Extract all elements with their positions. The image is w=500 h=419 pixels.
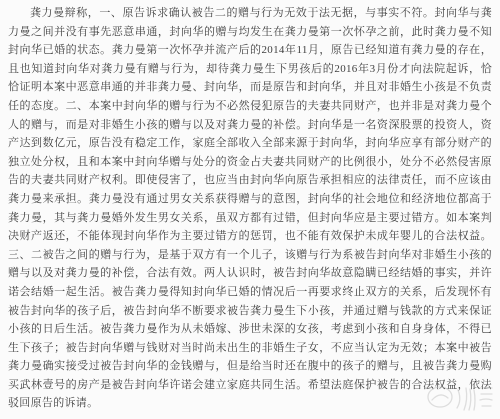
text-line: 产达到数亿元，原告没有稳定工作，家庭全部收入全部来源于封向华，封向华应享有部分财… xyxy=(8,134,492,153)
text-line: 人的赠与，而是对非婚生小孩的赠与以及对龚力曼的补偿。封向华是一名资深股票的投资人… xyxy=(8,116,492,135)
text-line: 生下孩子；被告封向华赠与钱财对当时尚未出生的非婚生子女，不应当认定为无效；本案中… xyxy=(8,339,492,358)
text-line: 龚力曼确实接受过被告封向华的金钱赠与，但是给当时还在腹中的孩子的赠与，且被告龚力… xyxy=(8,357,492,376)
text-line: 告的夫妻共同财产权利。即使侵害了，也应当由封向华向原告承担相应的法律责任，而不应… xyxy=(8,171,492,190)
text-line: 买武林壹号的房产是被告封向华许诺会建立家庭共同生活。希望法庭保护被告的合法权益，… xyxy=(8,376,492,395)
text-line: 决财产返还，不能体现封向华作为主要过错方的惩罚，也不能有效保护未成年婴儿的合法权… xyxy=(8,227,492,246)
text-line: 龚力曼辩称，一、原告诉求确认被告二的赠与行为无效于法无据，与事实不符。封向华与龚 xyxy=(8,4,492,23)
text-line: 三、二被告之间的赠与行为，是基于双方有一个儿子，该赠与行为系被告封向华对非婚生小… xyxy=(8,246,492,265)
text-line: 诺会结婚一起生活。被告龚力曼得知封向华已婚的情况后一再要求终止双方的关系，后发现… xyxy=(8,283,492,302)
text-line: 且也知道封向华对龚力曼有赠与行为，却待龚力曼生下男孩后的2016年3月份才向法院… xyxy=(8,60,492,79)
text-line: 驳回原告的诉请。 xyxy=(8,394,492,413)
text-line: 小孩的日后生活。被告龚力曼作为从未婚嫁、涉世未深的女孩，考虑到小孩和自身身体，不… xyxy=(8,320,492,339)
text-line: 被告封向华的孩子后，被告封向华不断要求被告龚力曼生下小孩，并通过赠与钱款的方式来… xyxy=(8,302,492,321)
court-statement-paragraph: 龚力曼辩称，一、原告诉求确认被告二的赠与行为无效于法无据，与事实不符。封向华与龚… xyxy=(8,4,492,413)
text-line: 龚力曼来承担。龚力曼没有通过男女关系获得赠与的意图，封向华的社会地位和经济地位都… xyxy=(8,190,492,209)
text-line: 恰证明本案中恶意串通的并非龚力曼、封向华，而是原告和封向华，并且对非婚生小孩是不… xyxy=(8,78,492,97)
text-line: 龚力曼，其与龚力曼婚外发生男女关系，虽双方都有过错，但封向华应是主要过错方。如本… xyxy=(8,209,492,228)
text-line: 任的态度。二、本案中封向华的赠与行为不必然侵犯原告的夫妻共同财产，也并非是对龚力… xyxy=(8,97,492,116)
text-line: 封向华已婚的状态。龚力曼第一次怀孕并流产后的2014年11月，原告已经知道有龚力… xyxy=(8,41,492,60)
text-line: 独立处分权，且和本案中封向华赠与处分的资金占夫妻共同财产的比例很小，处分不必然侵… xyxy=(8,153,492,172)
text-line: 赠与以及对龚力曼的补偿，合法有效。两人认识时，被告封向华故意隐瞒已经结婚的事实，… xyxy=(8,264,492,283)
text-line: 力曼之间并没有事先恶意串通，封向华的赠与均发生在龚力曼第一次怀孕之前，此时龚力曼… xyxy=(8,23,492,42)
